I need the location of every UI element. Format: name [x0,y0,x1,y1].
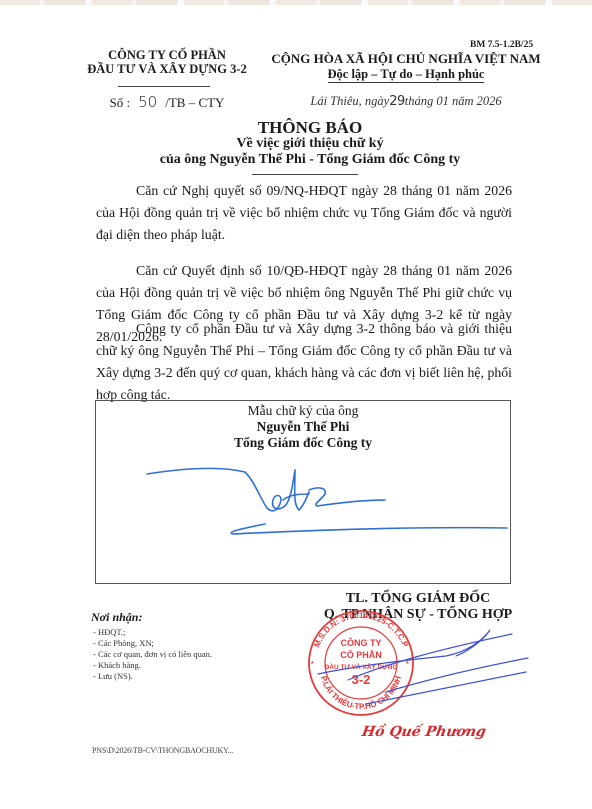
svg-text:*: * [311,661,314,668]
recipients-list: - HĐQT.; - Các Phòng, XN; - Các cơ quan,… [93,627,212,682]
sig-caption-position: Tổng Giám đốc Công ty [95,435,511,451]
motto-text: Độc lập – Tự do – Hạnh phúc [328,67,485,83]
document-title: THÔNG BÁO [100,118,520,138]
subtitle-line1: Về việc giới thiệu chữ ký [100,136,520,152]
file-path: PNS\D\2026\TB-CV\THONGBAOCHUKY... [92,746,233,755]
national-motto: Độc lập – Tự do – Hạnh phúc [256,67,556,82]
doc-number-suffix: /TB – CTY [165,95,224,110]
body-paragraph-1: Căn cứ Nghị quyết số 09/NQ-HĐQT ngày 28 … [96,180,512,246]
recipient-item: - Các cơ quan, đơn vị có liên quan. [93,649,212,660]
signature-sample-icon [95,460,515,540]
svg-text:*: * [406,661,409,668]
signature-sample-caption: Mẫu chữ ký của ông Nguyễn Thế Phi Tổng G… [95,403,511,451]
doc-number-label: Số : [110,95,131,110]
recipients-label: Nơi nhận: [91,610,142,625]
sig-caption-name: Nguyễn Thế Phi [95,419,511,435]
national-title: CỘNG HÒA XÃ HỘI CHỦ NGHĨA VIỆT NAM [256,52,556,66]
body-paragraph-3: Công ty cổ phần Đầu tư và Xây dựng 3-2 t… [96,318,512,406]
place-date-prefix: Lái Thiêu, ngày [310,94,389,108]
company-name: CÔNG TY CỔ PHẦN ĐẦU TƯ VÀ XÂY DỰNG 3-2 [82,48,252,76]
recipient-item: - Khách hàng. [93,660,212,671]
subtitle-line2: của ông Nguyễn Thế Phi - Tổng Giám đốc C… [100,152,520,168]
company-name-line2: ĐẦU TƯ VÀ XÂY DỰNG 3-2 [82,62,252,76]
signer-name: Hồ Quế Phương [361,724,488,740]
place-date: Lái Thiêu, ngày29tháng 01 năm 2026 [256,94,556,109]
place-date-suffix: tháng 01 năm 2026 [405,94,502,108]
company-stamp-icon: M.S.D.N: 3700146225-C.T.C.P P.LÁI THIÊU-… [306,608,536,718]
svg-text:CÔNG TY: CÔNG TY [340,637,381,648]
recipient-item: - Lưu (NS). [93,671,212,682]
document-subtitle: Về việc giới thiệu chữ ký của ông Nguyễn… [100,136,520,168]
recipient-item: - HĐQT.; [93,627,212,638]
signoff-line1: TL. TỔNG GIÁM ĐỐC [318,591,518,607]
doc-number-value: 50 [138,93,157,111]
form-code: BM 7.5-1.2B/25 [470,40,533,50]
svg-text:CỔ PHẦN: CỔ PHẦN [340,649,382,660]
sig-caption-label: Mẫu chữ ký của ông [95,403,511,419]
place-date-day: 29 [389,94,405,109]
company-name-line1: CÔNG TY CỔ PHẦN [82,48,252,62]
scan-edge [0,0,592,5]
document-number: Số :50/TB – CTY [92,93,242,111]
recipient-item: - Các Phòng, XN; [93,638,212,649]
title-divider [252,174,358,175]
company-divider [118,86,210,87]
